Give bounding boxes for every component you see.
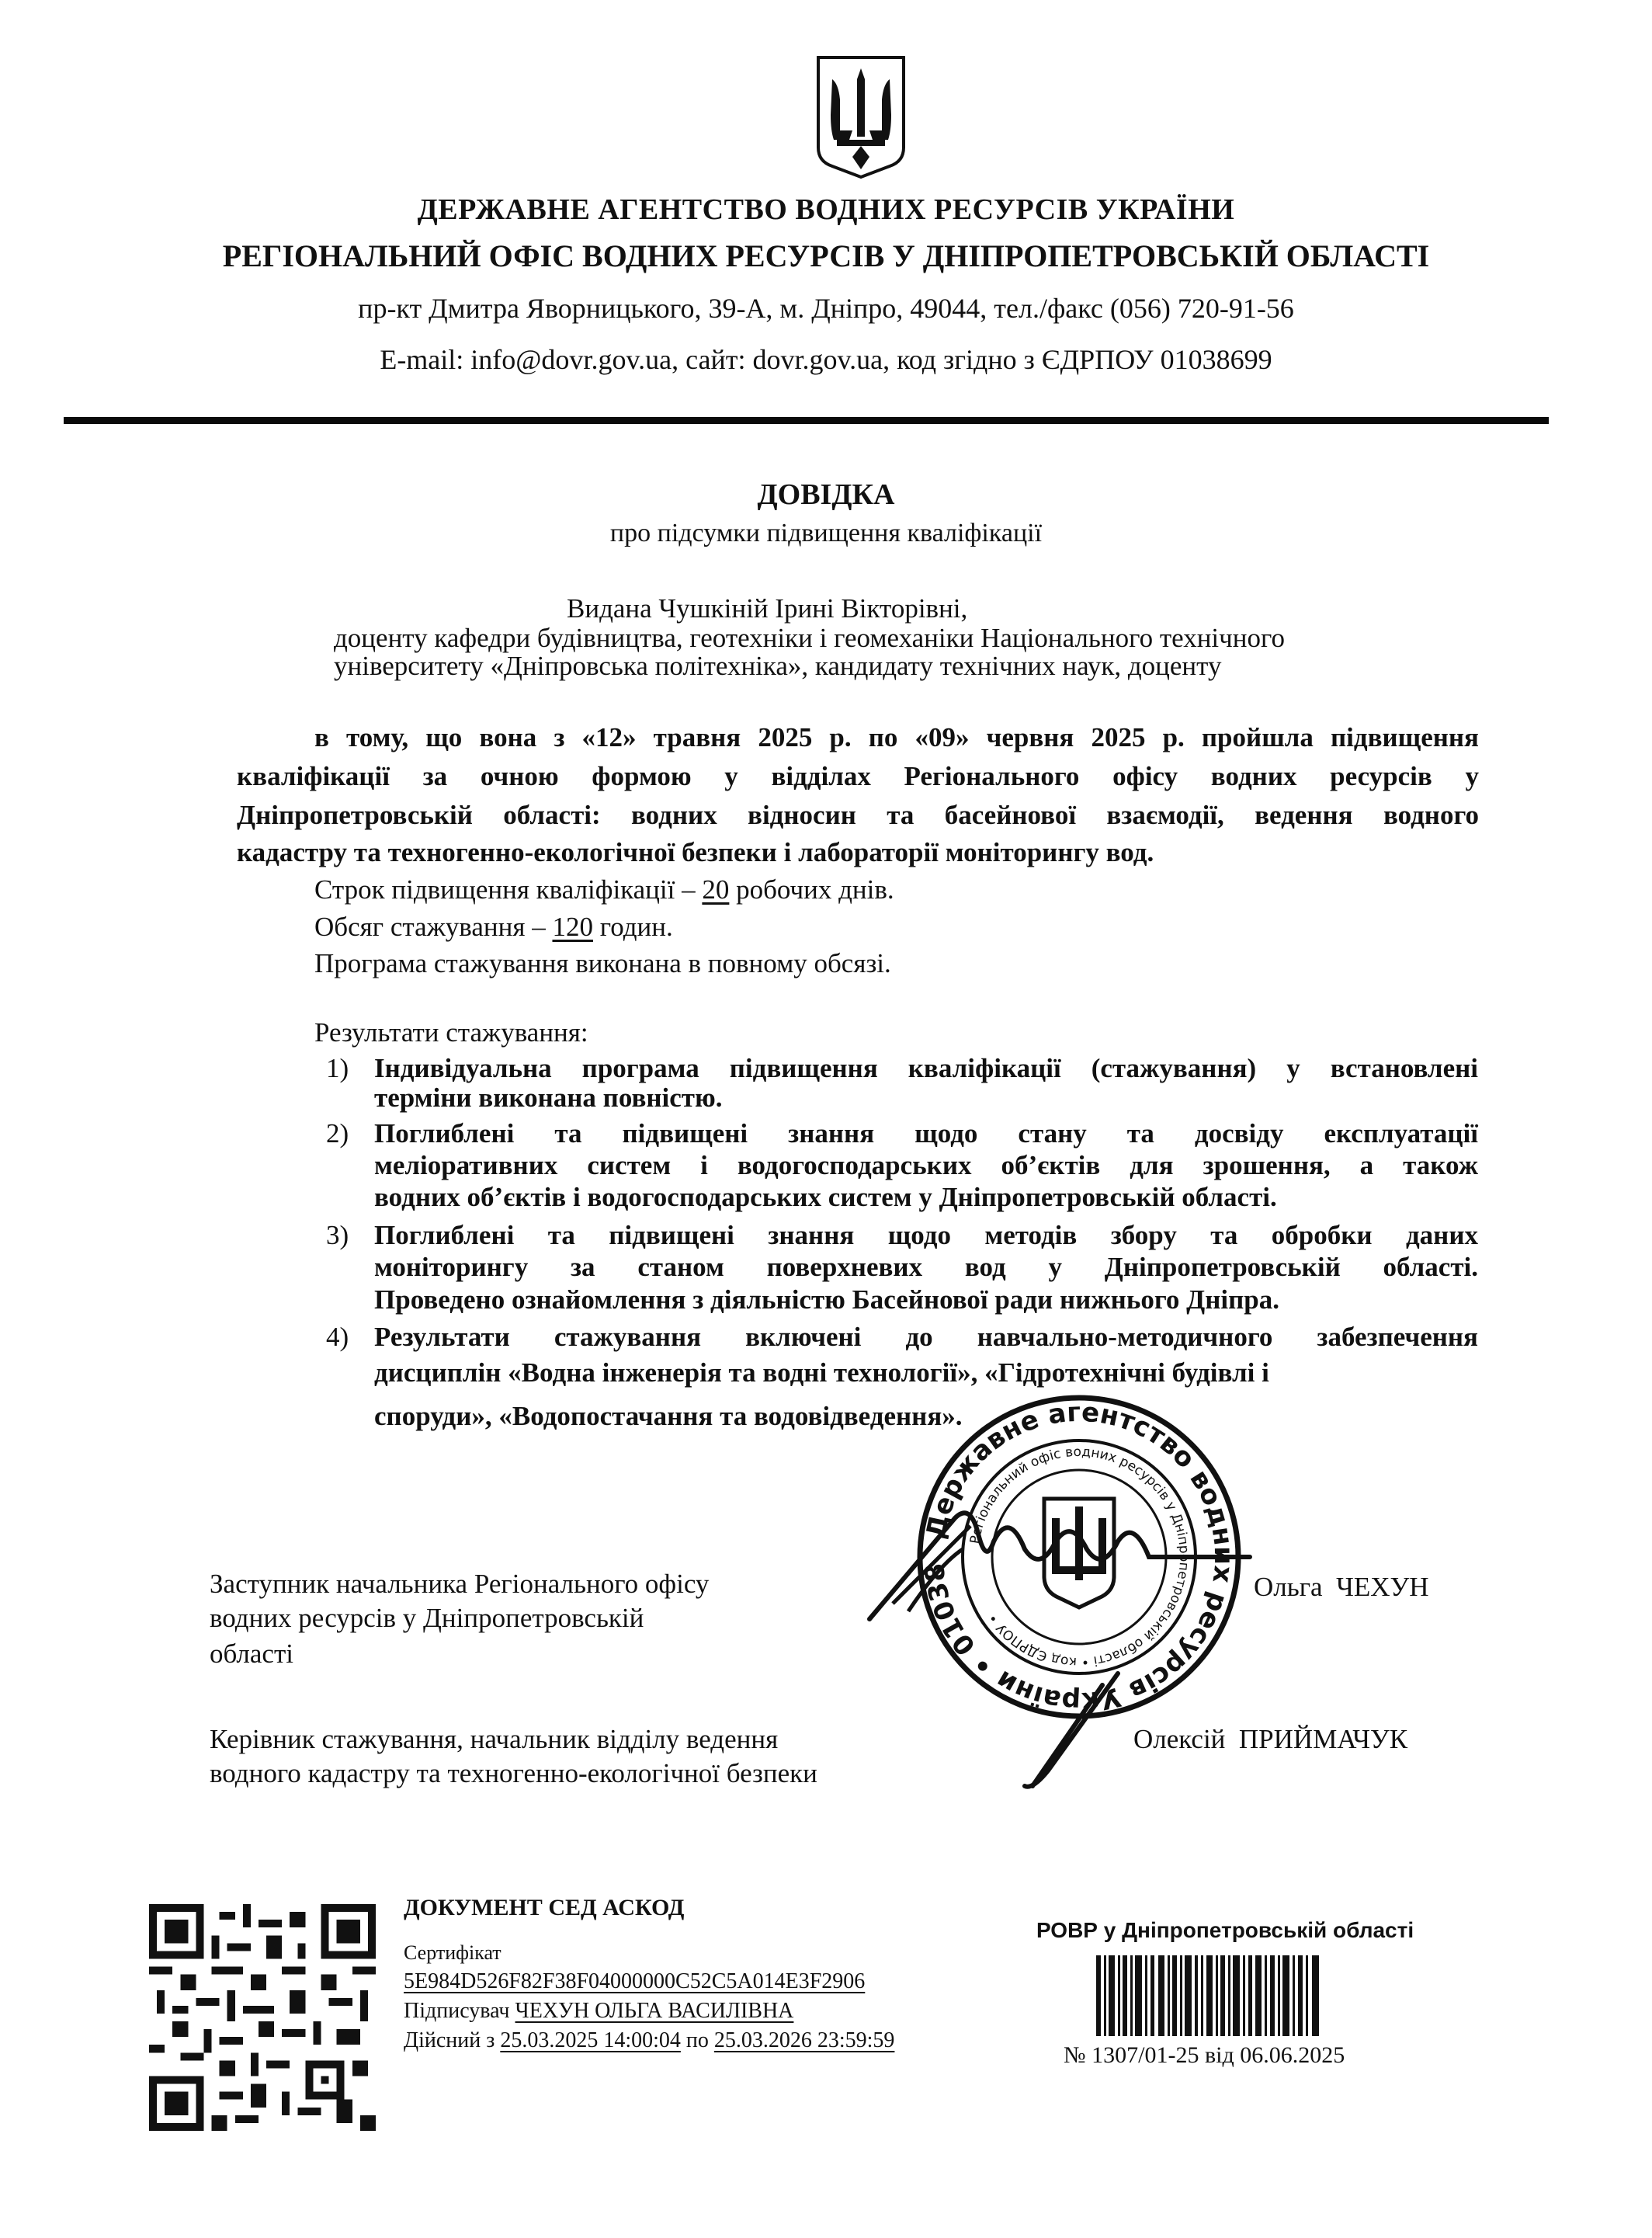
certificate-id: 5E984D526F82F38F04000000C52C5A014E3F2906 (404, 1969, 865, 1994)
result-number: 4) (326, 1322, 349, 1353)
supervisor-title-line: Керівник стажування, начальник відділу в… (210, 1725, 778, 1753)
certificate-label: Сертифікат (404, 1941, 501, 1965)
supervisor-title-line: водного кадастру та техногенно-екологічн… (210, 1760, 817, 1788)
statement-line: кваліфікації за очною формою у відділах … (237, 761, 1479, 792)
result-line: Поглиблені та підвищені знання щодо стан… (374, 1118, 1478, 1149)
position-line: університету «Дніпровська політехніка», … (334, 652, 1221, 680)
signatory-title-line: Заступник начальника Регіонального офісу (210, 1570, 709, 1598)
statement-line: в тому, що вона з «12» травня 2025 р. по… (314, 722, 1479, 753)
validity-line: Дійсний з 25.03.2025 14:00:04 по 25.03.2… (404, 2028, 894, 2053)
result-line: Індивідуальна програма підвищення кваліф… (374, 1053, 1478, 1084)
result-number: 2) (326, 1118, 349, 1149)
header-divider (64, 417, 1549, 424)
issued-to: Видана Чушкіній Ірині Вікторівні, (567, 595, 967, 623)
signer-name: ЧЕХУН ОЛЬГА ВАСИЛІВНА (515, 1999, 794, 2023)
result-line: споруди», «Водопостачання та водовідведе… (374, 1401, 963, 1432)
signature-chekhun-icon (862, 1487, 1265, 1627)
signer-line: Підписувач ЧЕХУН ОЛЬГА ВАСИЛІВНА (404, 1999, 793, 2024)
result-line: водних об’єктів і водогосподарських сист… (374, 1182, 1277, 1213)
result-line: Поглиблені та підвищені знання щодо мето… (374, 1220, 1478, 1251)
result-line: дисциплін «Водна інженерія та водні техн… (374, 1357, 1269, 1388)
duration-label: Строк підвищення кваліфікації – (314, 874, 702, 905)
document-subtitle: про підсумки підвищення кваліфікації (0, 519, 1652, 548)
registry-org: РОВР у Дніпропетровській області (1036, 1918, 1414, 1943)
valid-to: 25.03.2026 23:59:59 (714, 2028, 895, 2052)
result-number: 1) (326, 1053, 349, 1084)
office-address: пр-кт Дмитра Яворницького, 39-А, м. Дніп… (0, 292, 1652, 325)
barcode-icon (1096, 1955, 1323, 2036)
statement-line: кадастру та техногенно-екологічної безпе… (237, 837, 1154, 868)
document-title: ДОВІДКА (0, 478, 1652, 512)
statement-line: Дніпропетровській області: водних віднос… (237, 800, 1479, 831)
position-line: доценту кафедри будівництва, геотехніки … (334, 624, 1285, 652)
coat-of-arms-icon (815, 53, 907, 180)
result-line: терміни виконана повністю. (374, 1083, 722, 1114)
result-line: Проведено ознайомлення з діяльністю Басе… (374, 1284, 1279, 1315)
duration-unit: робочих днів. (729, 874, 894, 905)
eds-system-label: ДОКУМЕНТ СЕД АСКОД (404, 1895, 684, 1921)
volume-line: Обсяг стажування – 120 годин. (314, 913, 673, 941)
result-line: моніторингу за станом поверхневих вод у … (374, 1252, 1478, 1283)
volume-value: 120 (552, 912, 593, 942)
valid-from-label: Дійсний з (404, 2028, 500, 2052)
duration-line: Строк підвищення кваліфікації – 20 робоч… (314, 876, 894, 904)
duration-value: 20 (702, 874, 729, 905)
volume-label: Обсяг стажування – (314, 912, 552, 942)
signatory-title-line: водних ресурсів у Дніпропетровській (210, 1604, 644, 1632)
signer-label: Підписувач (404, 1999, 515, 2023)
qr-code-icon[interactable] (149, 1903, 376, 2132)
signatory-title-line: області (210, 1640, 293, 1668)
signature-pryimachuk-icon (1001, 1670, 1126, 1794)
registry-number: № 1307/01-25 від 06.06.2025 (1064, 2042, 1345, 2069)
result-number: 3) (326, 1220, 349, 1251)
result-line: Результати стажування включені до навчал… (374, 1322, 1478, 1353)
valid-from: 25.03.2025 14:00:04 (500, 2028, 681, 2052)
results-heading: Результати стажування: (314, 1019, 588, 1047)
valid-to-label: по (681, 2028, 714, 2052)
office-name: РЕГІОНАЛЬНИЙ ОФІС ВОДНИХ РЕСУРСІВ У ДНІП… (0, 238, 1652, 274)
program-status: Програма стажування виконана в повному о… (314, 950, 891, 978)
signatory-name: Ольга ЧЕХУН (1254, 1573, 1429, 1601)
volume-unit: годин. (593, 912, 673, 942)
supervisor-name: Олексій ПРИЙМАЧУК (1133, 1725, 1407, 1753)
office-contacts: E-mail: info@dovr.gov.ua, сайт: dovr.gov… (0, 343, 1652, 376)
agency-name: ДЕРЖАВНЕ АГЕНТСТВО ВОДНИХ РЕСУРСІВ УКРАЇ… (0, 193, 1652, 227)
result-line: меліоративних систем і водогосподарських… (374, 1150, 1478, 1181)
